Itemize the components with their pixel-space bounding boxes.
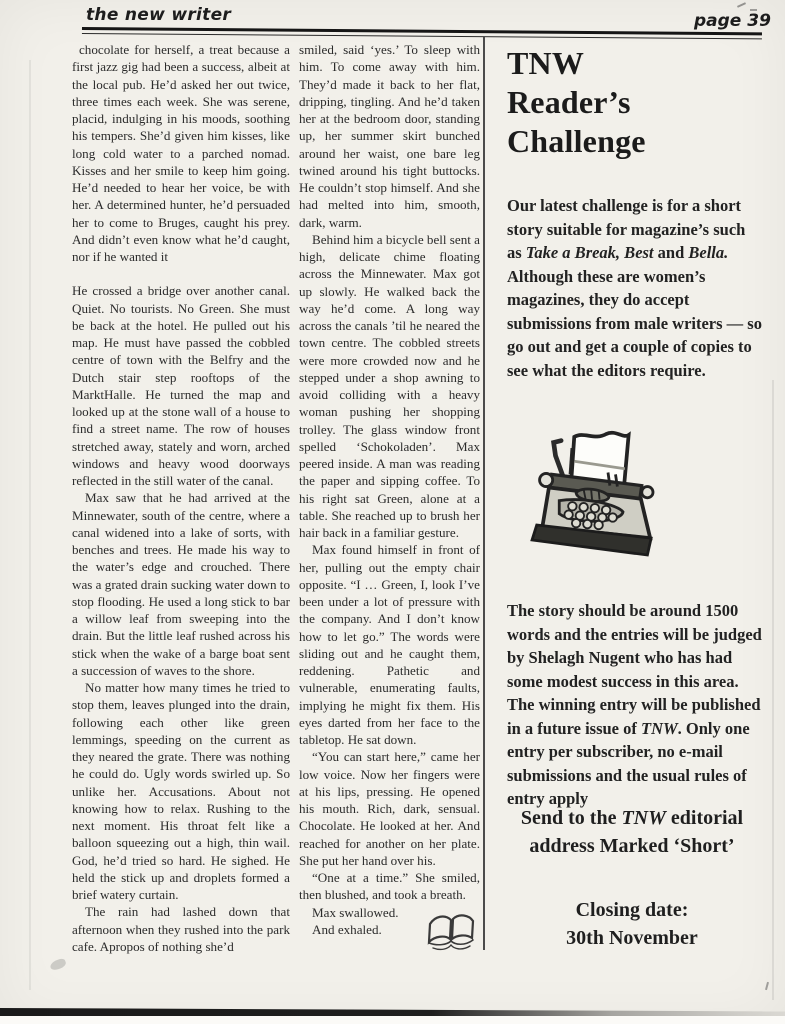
story-paragraph: The rain had lashed down that afternoon … (72, 903, 290, 955)
open-book-icon (421, 908, 483, 960)
intro-text: Although these are women’s magazines, th… (507, 267, 762, 380)
story-column-1: chocolate for herself, a treat because a… (72, 41, 290, 955)
scan-artifact-smudge (49, 958, 67, 972)
scan-artifact-mark (765, 982, 769, 990)
closing-date-label: Closing date: (508, 896, 756, 924)
challenge-rules: The story should be around 1500 words an… (507, 599, 763, 811)
story-paragraph: Max found himself in front of her, pulli… (299, 541, 480, 748)
challenge-intro: Our latest challenge is for a short stor… (507, 194, 763, 382)
typewriter-illustration (518, 420, 668, 570)
challenge-title: TNW Reader’s Challenge (507, 44, 769, 161)
magazine-name-italic: TNW (621, 807, 665, 829)
story-paragraph: chocolate for herself, a treat because a… (72, 41, 290, 265)
scan-artifact-mark (750, 9, 757, 11)
scan-artifact-right-edge (772, 380, 774, 1000)
rules-text: The story should be around 1500 words an… (507, 601, 762, 738)
challenge-title-line: TNW (507, 44, 769, 83)
page-number: page 39 (694, 11, 771, 31)
header-rule (82, 27, 762, 39)
scan-artifact-left-edge (29, 60, 31, 990)
column-divider-rule (483, 37, 485, 950)
send-instructions: Send to the TNW editorial address Marked… (508, 805, 756, 860)
send-text: Send to the (521, 807, 622, 829)
magazine-name-italic: TNW (641, 719, 678, 738)
magazine-name-italic: Bella. (688, 243, 728, 262)
scan-artifact-bottom-strip (0, 1016, 785, 1024)
challenge-title-line: Challenge (507, 122, 769, 161)
story-paragraph: Max saw that he had arrived at the Minne… (72, 489, 290, 679)
story-paragraph: Behind him a bicycle bell sent a high, d… (299, 231, 480, 542)
story-column-2: smiled, said ‘yes.’ To sleep with him. T… (299, 41, 480, 938)
story-paragraph: “One at a time.” She smiled, then blushe… (299, 869, 480, 904)
magazine-name-italic: Take a Break, Best (526, 243, 654, 262)
closing-date-value: 30th November (508, 924, 756, 952)
story-paragraph: “You can start here,” came her low voice… (299, 748, 480, 869)
scan-artifact-mark (737, 2, 746, 8)
story-paragraph: No matter how many times he tried to sto… (72, 679, 290, 903)
magazine-page: the new writer page 39 chocolate for her… (0, 0, 785, 1024)
story-paragraph: He crossed a bridge over another canal. … (72, 282, 290, 489)
challenge-title-line: Reader’s (507, 83, 769, 122)
intro-text: and (654, 243, 689, 262)
magazine-brand: the new writer (86, 5, 231, 25)
story-paragraph: smiled, said ‘yes.’ To sleep with him. T… (299, 41, 480, 231)
closing-date: Closing date: 30th November (508, 896, 756, 952)
